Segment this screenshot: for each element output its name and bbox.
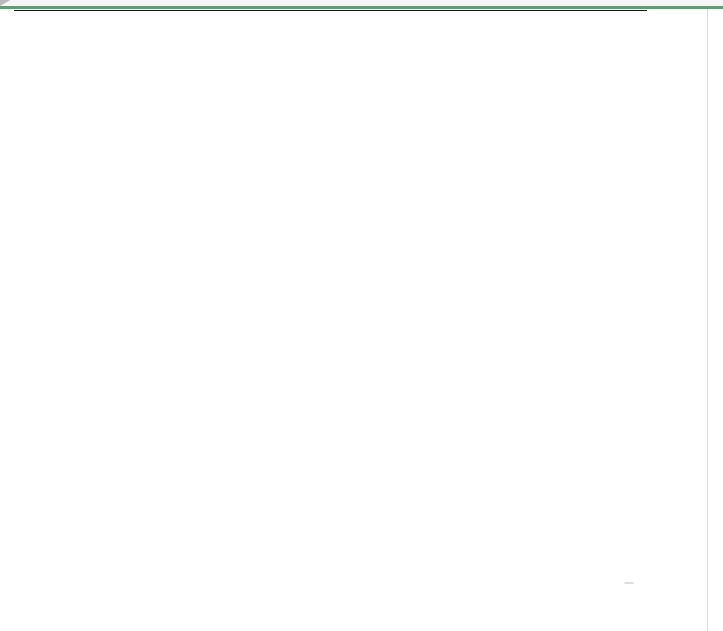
column-header-row	[0, 0, 723, 9]
jiuyou-watermark	[619, 574, 634, 584]
task-table	[14, 10, 647, 11]
watermark-dash	[624, 582, 633, 584]
select-all-corner[interactable]	[0, 0, 12, 6]
sheet-gridline-vertical	[707, 9, 708, 631]
spreadsheet-view	[0, 0, 723, 631]
